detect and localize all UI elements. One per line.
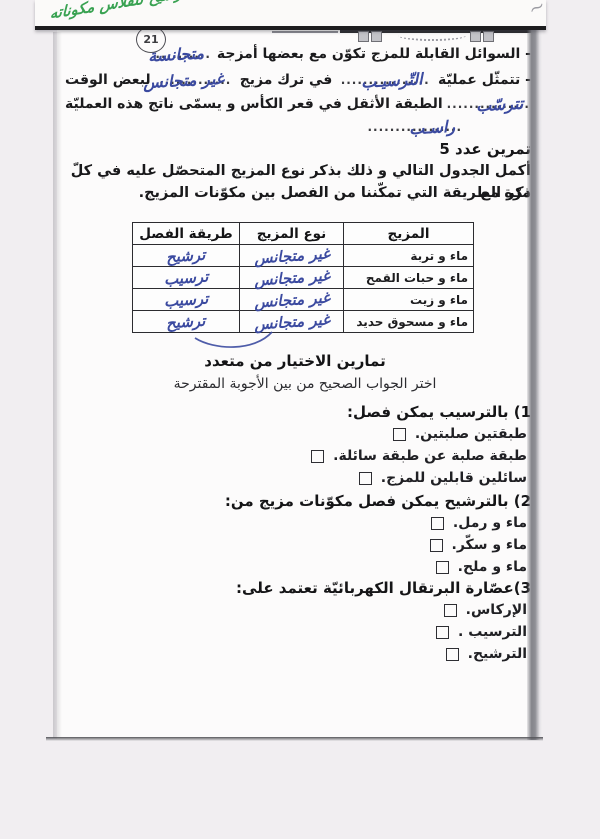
type-answer-cell: غير متجانس [240, 289, 344, 311]
option-label: ماء و ملح. [458, 559, 527, 575]
handwritten-answer: التّرسيـب [360, 67, 423, 93]
printed-text: الطبقة الأثقل في قعر الكأس و يسمّى ناتج … [65, 93, 443, 116]
q2-option-row: ماء و ملح. [436, 559, 527, 575]
handwritten-answer: تترسّب [475, 92, 523, 117]
q1-option-row: طبقة صلبة عن طبقة سائلة. [311, 448, 527, 464]
q3-option-row: الترسيب . [436, 624, 527, 640]
answer-blank: ...............تترسّب [446, 93, 531, 116]
checkbox-icon [431, 517, 444, 530]
exercise5-table: المزيج نوع المزيج طريقة الفصل ماء و تربة… [132, 222, 474, 333]
fill-line-2: - تتمثّل عمليّة ................التّرسيـ… [65, 69, 531, 92]
answer-blank: ..........متجانسة [154, 43, 212, 66]
type-answer-cell: غير متجانس [240, 267, 344, 289]
method-answer-cell: ترشيح [133, 245, 240, 267]
question-2-label: 2) بالترشيح يمكن فصل مكوّنات مزيج من: [225, 492, 531, 510]
exercise5-title: تمرين عدد 5 [439, 140, 531, 158]
exercise5-instruction-line2: ذكر الطريقة التي تمكّننا من الفصل بين مك… [63, 182, 531, 204]
question-1-label: 1) بالترسيب يمكن فصل: [347, 403, 531, 421]
page-shadow-bottom [46, 737, 543, 741]
type-answer-cell: غير متجانس [240, 245, 344, 267]
cropped-header-fragment [470, 31, 494, 42]
scanned-page: 21 - السوائل القابلة للمزج تكوّن مع بعضه… [57, 30, 533, 739]
printed-text: في ترك مزيج [240, 69, 333, 92]
fill-line-1: - السوائل القابلة للمزج تكوّن مع بعضها أ… [65, 43, 531, 66]
printed-text: لبعض الوقت [65, 69, 151, 92]
cropped-header-arc [398, 30, 466, 41]
handwritten-answer: راسـب [408, 115, 455, 140]
mixture-cell: ماء و تربة [344, 245, 474, 267]
mixture-cell: ماء و مسحوق حديد [344, 311, 474, 333]
column-header-mixture: المزيج [344, 223, 474, 245]
green-pen-note: الترشيح للقلاس مكوناته [50, 0, 197, 23]
page-shadow-right [527, 30, 542, 740]
table-row: ماء و مسحوق حديد غير متجانس ترشيح [133, 311, 474, 333]
table-row: ماء و زيت غير متجانس ترسيب [133, 289, 474, 311]
printed-text: - السوائل القابلة للمزج تكوّن مع بعضها أ… [217, 46, 531, 62]
checkbox-icon [444, 604, 457, 617]
method-answer-cell: ترسيب [133, 267, 240, 289]
mixture-cell: ماء و زيت [344, 289, 474, 311]
fill-line-3: ...............تترسّب الطبقة الأثقل في ق… [65, 93, 531, 116]
checkbox-icon [436, 626, 449, 639]
mixture-cell: ماء و حبات القمح [344, 267, 474, 289]
option-label: الترسيب . [458, 624, 527, 640]
handwritten-answer: متجانسة [148, 42, 205, 68]
table-row: ماء و حبات القمح غير متجانس ترسيب [133, 267, 474, 289]
q3-option-row: الترشيح. [446, 646, 527, 662]
question-3-label: 3)عصّارة البرتقال الكهربائيّة تعتمد على: [236, 579, 531, 597]
scanned-document-view: الترشيح للقلاس مكوناته 〜 21 - السوائل ال… [0, 0, 600, 839]
option-label: الإركاس. [466, 602, 527, 618]
fill-line-4: .................راسـب [367, 116, 464, 139]
checkbox-icon [359, 472, 372, 485]
option-label: ماء و سكّر. [452, 537, 527, 553]
handwritten-answer: غير متجانس [143, 67, 225, 94]
q1-option-row: سائلين قابلين للمزج. [359, 470, 527, 486]
q3-option-row: الإركاس. [444, 602, 527, 618]
checkbox-icon [446, 648, 459, 661]
mcq-section-subtitle: اختر الجواب الصحيح من بين الأجوبة المقتر… [107, 376, 503, 392]
option-label: ماء و رمل. [453, 515, 527, 531]
page-cut-edge-line-faint [272, 31, 338, 33]
handwritten-answer: ترسيب [163, 267, 208, 288]
checkbox-icon [436, 561, 449, 574]
option-label: الترشيح. [468, 646, 527, 662]
handwritten-answer: غير متجانس [253, 244, 330, 267]
q2-option-row: ماء و رمل. [431, 515, 527, 531]
handwritten-answer: غير متجانس [253, 288, 330, 311]
handwritten-answer: غير متجانس [253, 266, 330, 289]
printed-text: - تتمثّل عمليّة [438, 69, 531, 92]
handwritten-answer: ترسيب [163, 289, 208, 310]
table-header-row: المزيج نوع المزيج طريقة الفصل [133, 223, 474, 245]
taped-note-strip: الترشيح للقلاس مكوناته 〜 [35, 0, 546, 30]
checkbox-icon [430, 539, 443, 552]
checkbox-icon [393, 428, 406, 441]
option-label: طبقتين صلبتين. [415, 426, 527, 442]
column-header-method: طريقة الفصل [133, 223, 240, 245]
pen-scribble-mark: 〜 [526, 0, 548, 20]
answer-blank: .............غير متجانس [158, 69, 232, 92]
answer-blank: .................راسـب [367, 116, 464, 139]
answer-blank: ................التّرسيـب [340, 69, 431, 92]
mcq-section-title: تمارين الاختيار من متعدد [107, 352, 483, 370]
column-header-type: نوع المزيج [240, 223, 344, 245]
method-answer-cell: ترسيب [133, 289, 240, 311]
q1-option-row: طبقتين صلبتين. [393, 426, 527, 442]
table-row: ماء و تربة غير متجانس ترشيح [133, 245, 474, 267]
q2-option-row: ماء و سكّر. [430, 537, 527, 553]
handwritten-answer: ترشيح [166, 246, 206, 267]
page-shadow-left [53, 32, 62, 738]
checkbox-icon [311, 450, 324, 463]
option-label: سائلين قابلين للمزج. [381, 470, 527, 486]
cropped-header-fragment [358, 31, 382, 42]
option-label: طبقة صلبة عن طبقة سائلة. [333, 448, 527, 464]
